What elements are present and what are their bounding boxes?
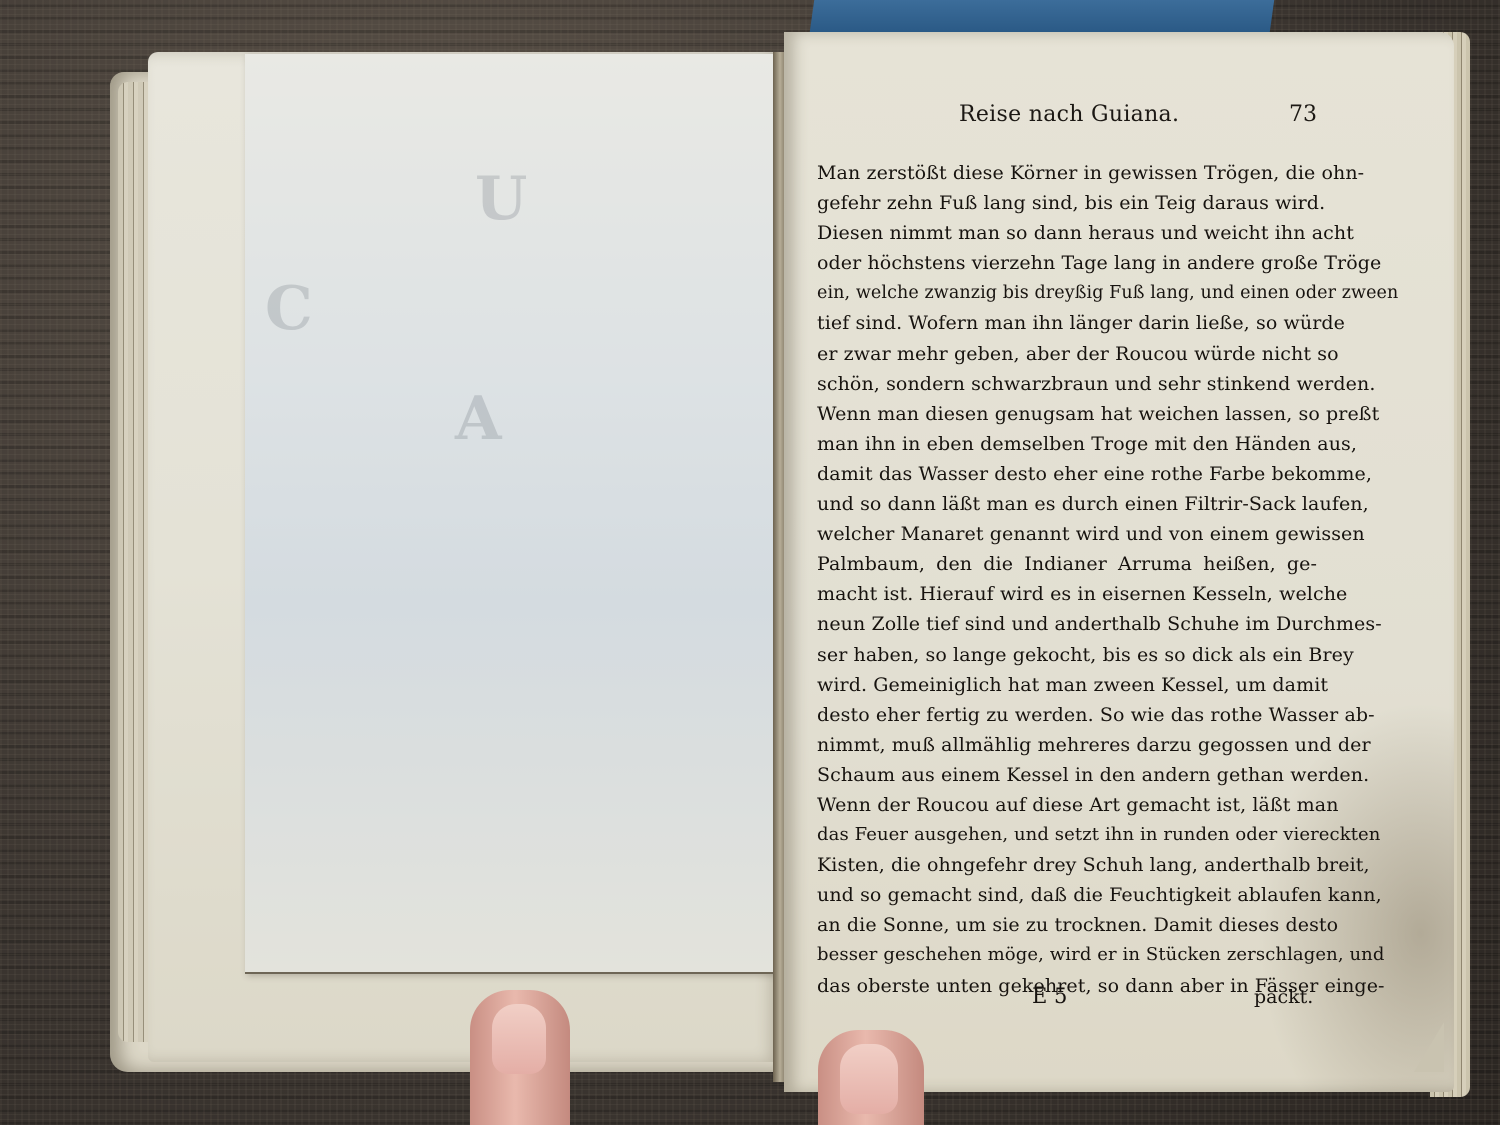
running-head: Reise nach Guiana. [959, 102, 1179, 127]
open-book: C U A Reise nach Guiana. 73 Man zerstößt… [100, 32, 1470, 1112]
show-through-mark: C [265, 274, 313, 344]
text-line: Kisten, die ohngefehr drey Schuh lang, a… [817, 850, 1317, 880]
text-line: Wenn der Roucou auf diese Art gemacht is… [817, 790, 1317, 820]
signature-mark: E 5 [1032, 984, 1067, 1008]
show-through-mark: U [475, 164, 527, 234]
text-line: und so dann läßt man es durch einen Filt… [817, 489, 1317, 519]
text-line: an die Sonne, um sie zu trocknen. Damit … [817, 910, 1317, 940]
left-finger [470, 990, 570, 1125]
text-line: Schaum aus einem Kessel in den andern ge… [817, 760, 1317, 790]
text-line: welcher Manaret genannt wird und von ein… [817, 519, 1317, 549]
text-line: macht ist. Hierauf wird es in eisernen K… [817, 579, 1317, 609]
text-line: wird. Gemeiniglich hat man zween Kessel,… [817, 670, 1317, 700]
dog-ear-corner [1414, 1022, 1444, 1072]
text-line: schön, sondern schwarzbraun und sehr sti… [817, 369, 1317, 399]
text-line: ein, welche zwanzig bis dreyßig Fuß lang… [817, 278, 1317, 308]
catchword: packt. [1254, 986, 1313, 1008]
text-line: tief sind. Wofern man ihn länger darin l… [817, 308, 1317, 338]
fingernail [840, 1044, 898, 1114]
text-line: besser geschehen möge, wird er in Stücke… [817, 940, 1317, 970]
text-line: Man zerstößt diese Körner in gewissen Tr… [817, 158, 1317, 188]
page-number: 73 [1289, 102, 1317, 127]
text-line: und so gemacht sind, daß die Feuchtigkei… [817, 880, 1317, 910]
text-line: er zwar mehr geben, aber der Roucou würd… [817, 339, 1317, 369]
text-line: neun Zolle tief sind und anderthalb Schu… [817, 609, 1317, 639]
right-page: Reise nach Guiana. 73 Man zerstößt diese… [784, 32, 1454, 1092]
text-line: Diesen nimmt man so dann heraus und weic… [817, 218, 1317, 248]
text-line: desto eher fertig zu werden. So wie das … [817, 700, 1317, 730]
body-text: Man zerstößt diese Körner in gewissen Tr… [817, 158, 1317, 1001]
show-through-mark: A [455, 384, 502, 454]
text-line: oder höchstens vierzehn Tage lang in and… [817, 248, 1317, 278]
text-line: ser haben, so lange gekocht, bis es so d… [817, 640, 1317, 670]
text-line: nimmt, muß allmählig mehreres darzu gego… [817, 730, 1317, 760]
text-line: das Feuer ausgehen, und setzt ihn in run… [817, 820, 1317, 850]
left-blank-leaf: C U A [245, 54, 778, 974]
text-line: man ihn in eben demselben Troge mit den … [817, 429, 1317, 459]
right-finger [818, 1030, 924, 1125]
fingernail [492, 1004, 546, 1074]
text-line: Palmbaum, den die Indianer Arruma heißen… [817, 549, 1317, 579]
text-line: gefehr zehn Fuß lang sind, bis ein Teig … [817, 188, 1317, 218]
blue-bookmark [810, 0, 1274, 32]
text-line: damit das Wasser desto eher eine rothe F… [817, 459, 1317, 489]
text-line: Wenn man diesen genugsam hat weichen las… [817, 399, 1317, 429]
